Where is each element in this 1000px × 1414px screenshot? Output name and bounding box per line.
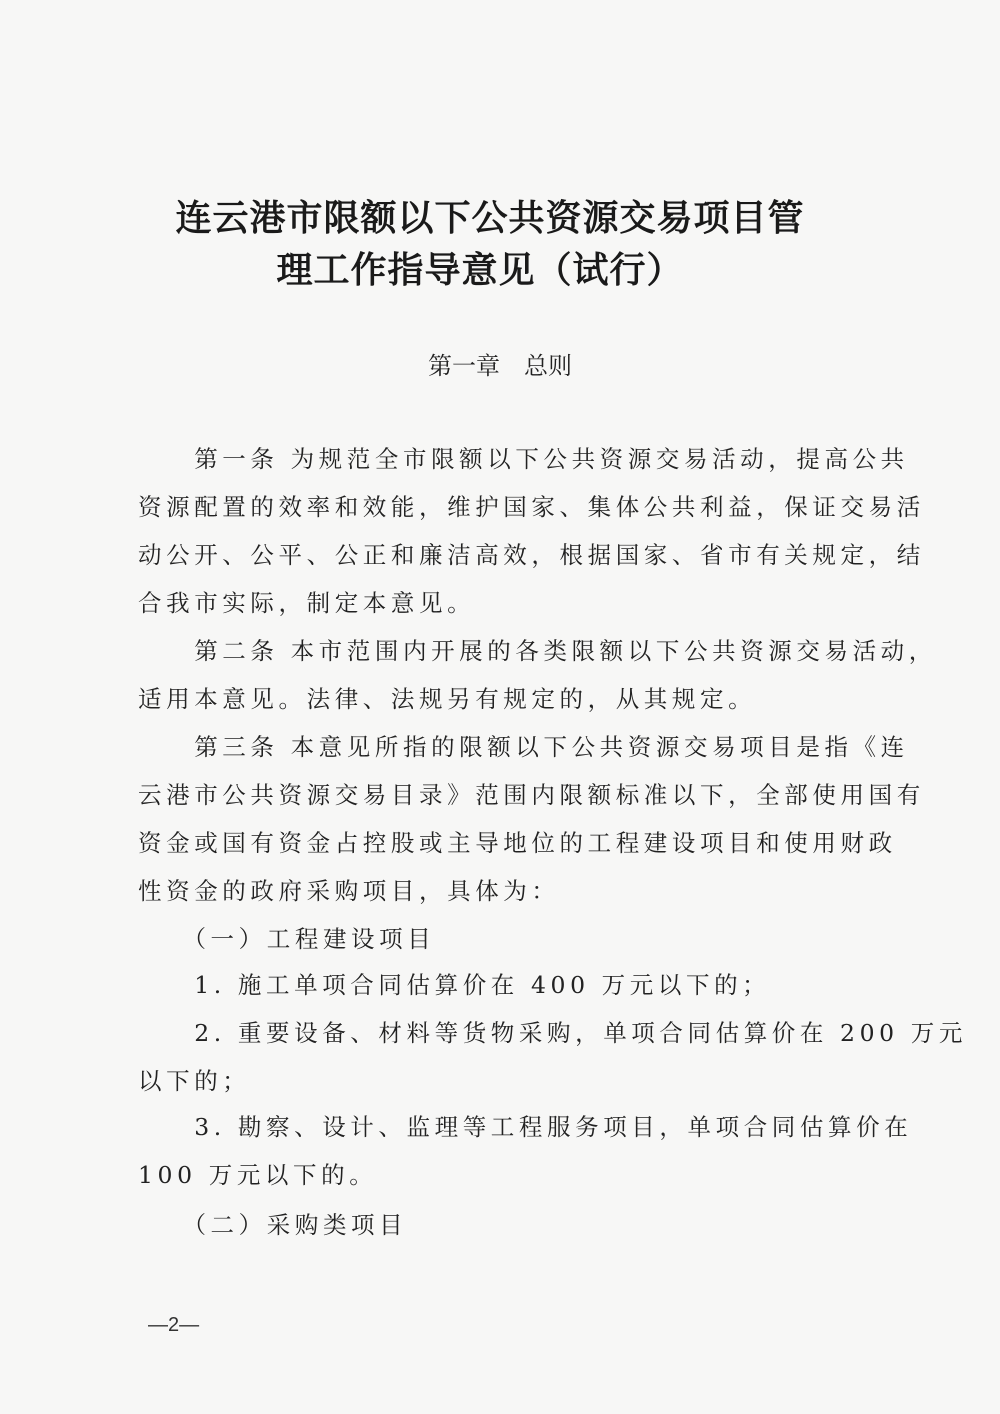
body-line: 资金或国有资金占控股或主导地位的工程建设项目和使用财政 [138, 824, 897, 858]
document-title-line-1: 连云港市限额以下公共资源交易项目管 [0, 190, 990, 241]
document-page: 连云港市限额以下公共资源交易项目管 理工作指导意见（试行） 第一章 总则 第一条… [0, 0, 1000, 1414]
body-line: 2. 重要设备、材料等货物采购，单项合同估算价在 200 万元 [138, 1014, 967, 1048]
body-line: 云港市公共资源交易目录》范围内限额标准以下，全部使用国有 [138, 776, 925, 810]
page-number: —2— [148, 1314, 199, 1337]
body-line: 第二条 本市范围内开展的各类限额以下公共资源交易活动， [138, 632, 937, 666]
body-line: （一）工程建设项目 [138, 920, 435, 954]
chapter-heading: 第一章 总则 [0, 346, 1000, 381]
body-line: 适用本意见。法律、法规另有规定的，从其规定。 [138, 680, 756, 714]
body-line: 1. 施工单项合同估算价在 400 万元以下的； [138, 966, 770, 1000]
body-line: 第一条 为规范全市限额以下公共资源交易活动，提高公共 [138, 440, 909, 474]
body-line: 以下的； [138, 1062, 250, 1096]
body-line: （二）采购类项目 [138, 1206, 407, 1240]
body-line: 动公开、公平、公正和廉洁高效，根据国家、省市有关规定，结 [138, 536, 925, 570]
body-line: 性资金的政府采购项目，具体为： [138, 872, 560, 906]
body-line: 第三条 本意见所指的限额以下公共资源交易项目是指《连 [138, 728, 909, 762]
body-line: 3. 勘察、设计、监理等工程服务项目，单项合同估算价在 [138, 1108, 912, 1142]
body-line: 100 万元以下的。 [138, 1156, 377, 1190]
body-line: 合我市实际，制定本意见。 [138, 584, 475, 618]
document-title-line-2: 理工作指导意见（试行） [0, 242, 980, 293]
body-line: 资源配置的效率和效能，维护国家、集体公共利益，保证交易活 [138, 488, 925, 522]
